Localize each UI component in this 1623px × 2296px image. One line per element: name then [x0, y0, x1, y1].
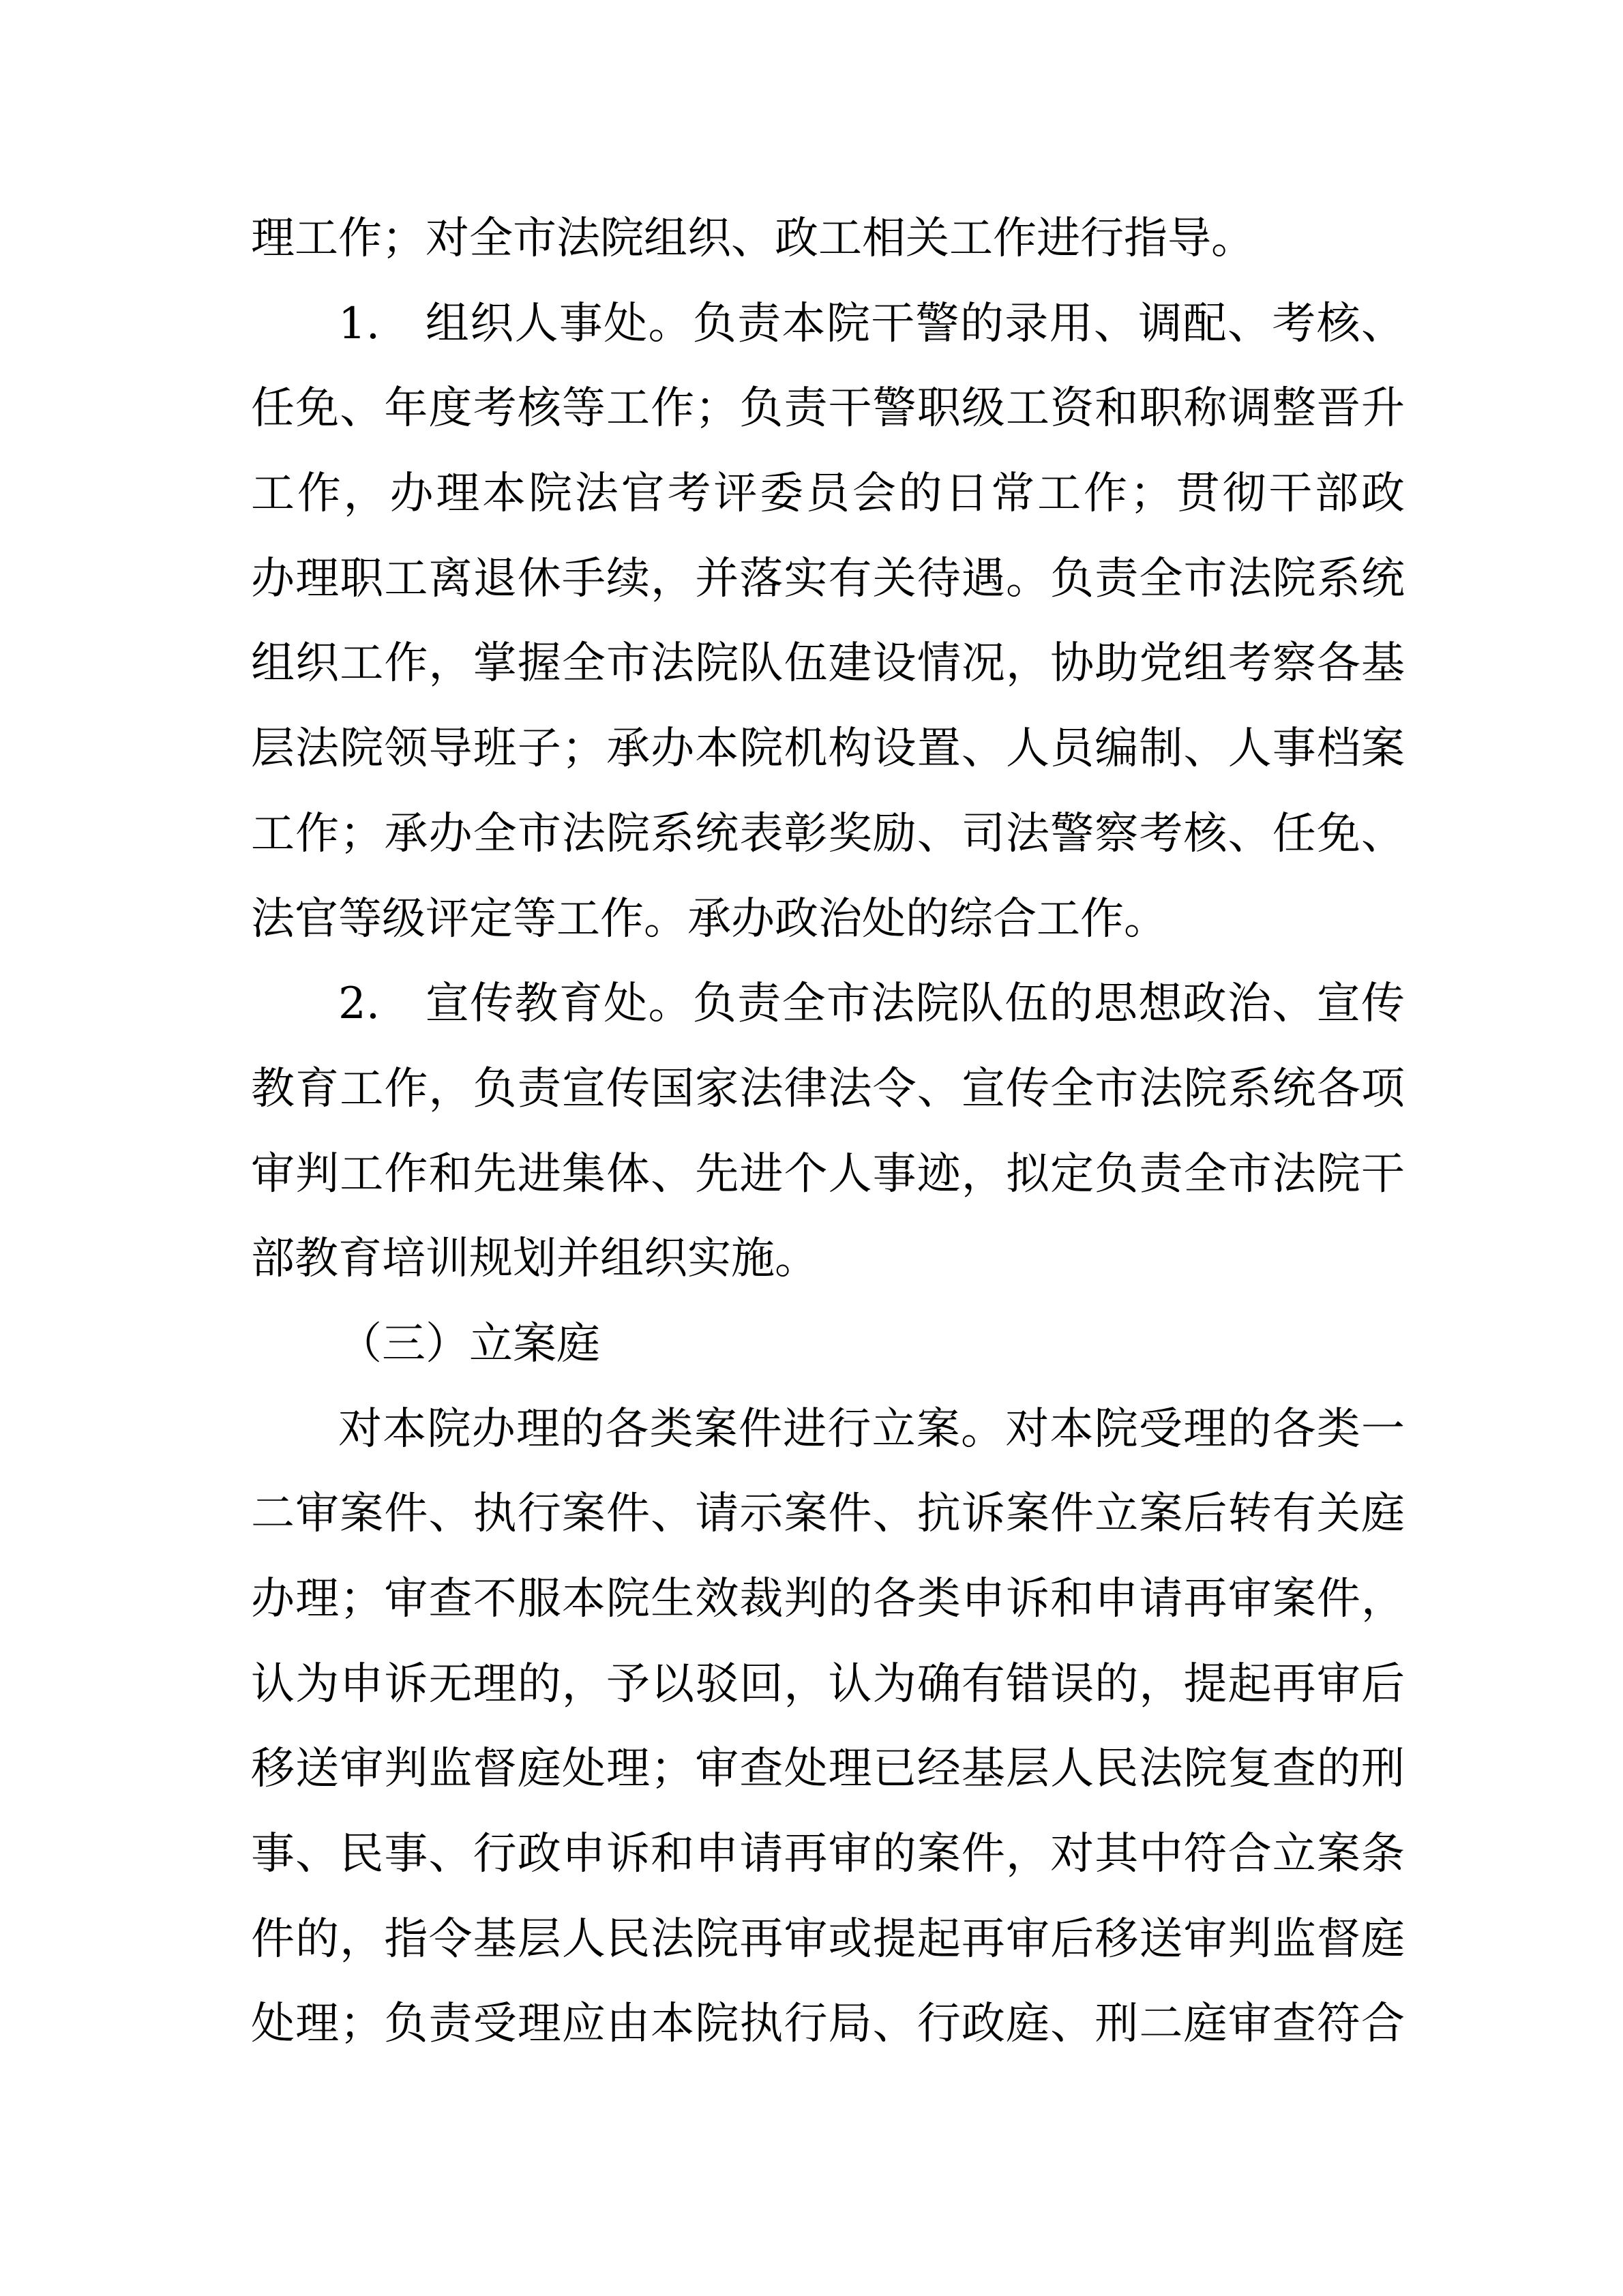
text-line: 工作；承办全市法院系统表彰奖励、司法警察考核、任免、: [251, 792, 1405, 877]
text-block: 理工作；对全市法院组织、政工相关工作进行指导。1. 组织人事处。负责本院干警的录…: [251, 196, 1405, 2067]
text-line: 工作，办理本院法官考评委员会的日常工作；贯彻干部政策、: [251, 451, 1405, 537]
text-line: （三）立案庭: [251, 1302, 1405, 1387]
text-line: 组织工作，掌握全市法院队伍建设情况，协助党组考察各基: [251, 621, 1405, 706]
text-line: 对本院办理的各类案件进行立案。对本院受理的各类一: [251, 1387, 1405, 1472]
text-line: 2. 宣传教育处。负责全市法院队伍的思想政治、宣传: [251, 961, 1405, 1047]
text-line: 处理；负责受理应由本院执行局、行政庭、刑二庭审查符合: [251, 1982, 1405, 2067]
text-line: 层法院领导班子；承办本院机构设置、人员编制、人事档案: [251, 706, 1405, 792]
text-line: 二审案件、执行案件、请示案件、抗诉案件立案后转有关庭: [251, 1472, 1405, 1557]
text-line: 审判工作和先进集体、先进个人事迹，拟定负责全市法院干: [251, 1132, 1405, 1217]
document-page: 理工作；对全市法院组织、政工相关工作进行指导。1. 组织人事处。负责本院干警的录…: [0, 0, 1623, 2296]
text-line: 教育工作，负责宣传国家法律法令、宣传全市法院系统各项: [251, 1047, 1405, 1132]
text-line: 1. 组织人事处。负责本院干警的录用、调配、考核、: [251, 282, 1405, 367]
text-line: 办理职工离退休手续，并落实有关待遇。负责全市法院系统: [251, 537, 1405, 622]
text-line: 移送审判监督庭处理；审查处理已经基层人民法院复查的刑: [251, 1727, 1405, 1812]
text-line: 部教育培训规划并组织实施。: [251, 1217, 1405, 1302]
text-line: 任免、年度考核等工作；负责干警职级工资和职称调整晋升: [251, 366, 1405, 451]
text-line: 理工作；对全市法院组织、政工相关工作进行指导。: [251, 196, 1405, 282]
text-line: 事、民事、行政申诉和申请再审的案件，对其中符合立案条: [251, 1812, 1405, 1897]
text-line: 办理；审查不服本院生效裁判的各类申诉和申请再审案件，: [251, 1557, 1405, 1642]
text-line: 件的，指令基层人民法院再审或提起再审后移送审判监督庭: [251, 1897, 1405, 1982]
text-line: 法官等级评定等工作。承办政治处的综合工作。: [251, 877, 1405, 962]
text-line: 认为申诉无理的，予以驳回，认为确有错误的，提起再审后: [251, 1642, 1405, 1727]
